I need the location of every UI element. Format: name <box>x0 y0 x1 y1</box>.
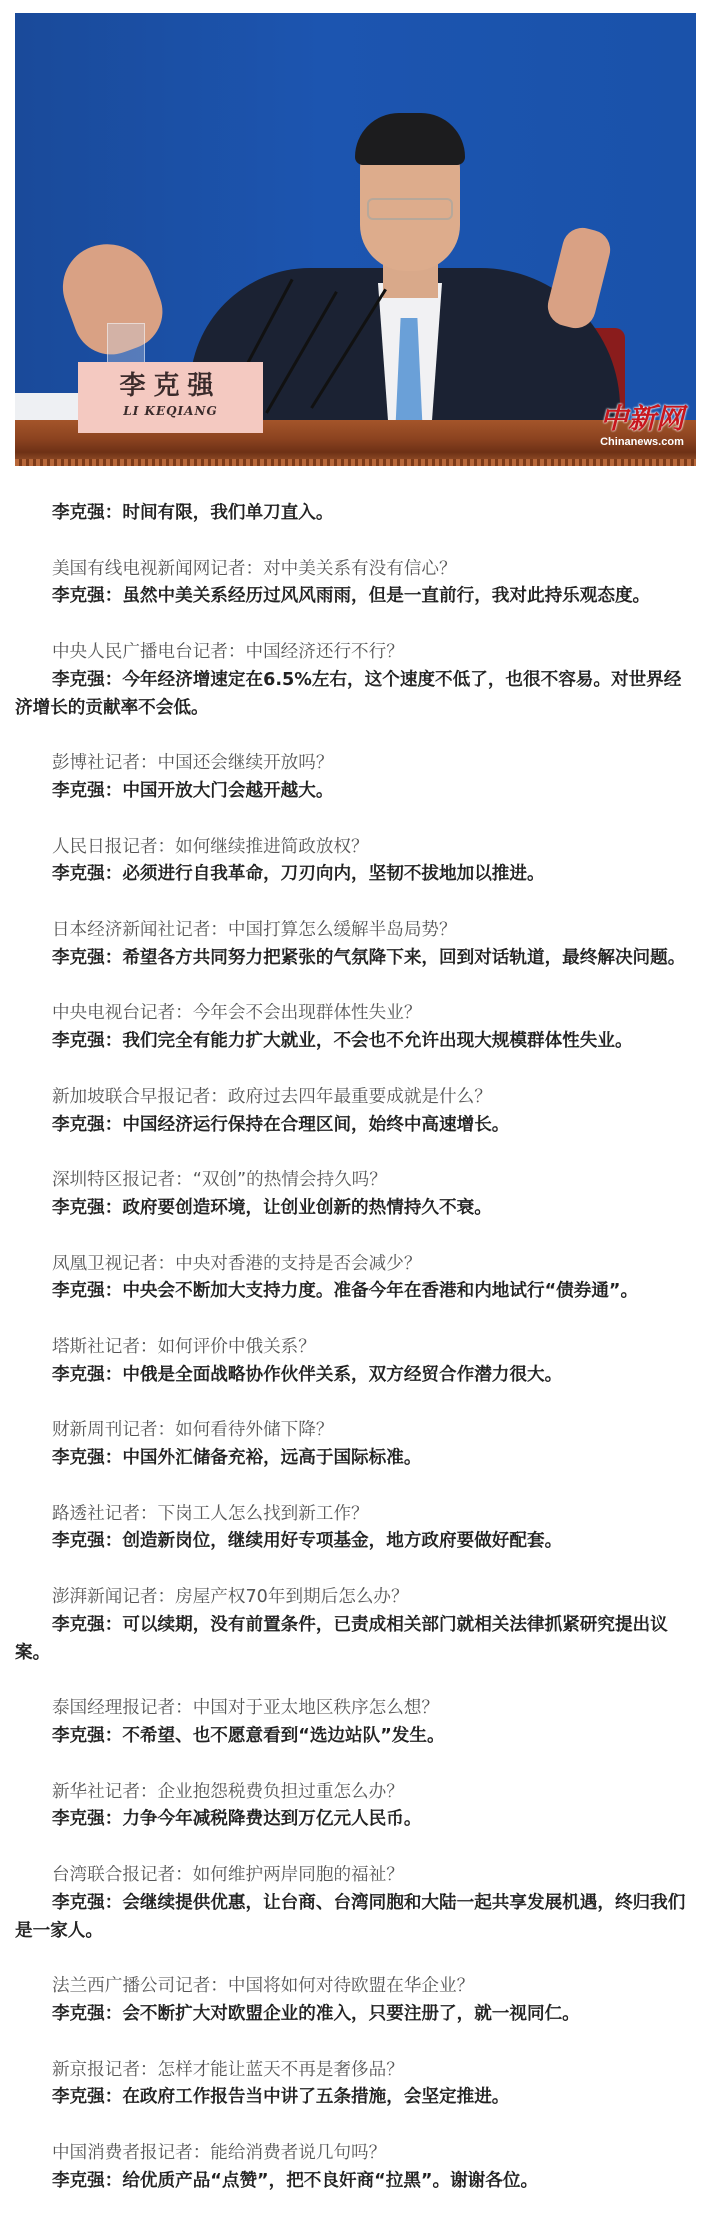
answer: 李克强：在政府工作报告当中讲了五条措施，会坚定推进。 <box>15 2084 696 2112</box>
answer: 李克强：会继续提供优惠，让台商、台湾同胞和大陆一起共享发展机遇，终归我们是一家人… <box>15 1890 696 1946</box>
answer: 李克强：中国经济运行保持在合理区间，始终中高速增长。 <box>15 1112 696 1140</box>
question: 塔斯社记者：如何评价中俄关系？ <box>15 1334 696 1362</box>
question: 中央电视台记者：今年会不会出现群体性失业？ <box>15 1000 696 1028</box>
question: 澎湃新闻记者：房屋产权70年到期后怎么办？ <box>15 1584 696 1612</box>
answer: 李克强：可以续期，没有前置条件，已责成相关部门就相关法律抓紧研究提出议案。 <box>15 1612 696 1668</box>
speaker-glasses <box>367 198 453 220</box>
question: 泰国经理报记者：中国对于亚太地区秩序怎么想？ <box>15 1695 696 1723</box>
answer: 李克强：力争今年减税降费达到万亿元人民币。 <box>15 1806 696 1834</box>
question: 台湾联合报记者：如何维护两岸同胞的福祉？ <box>15 1862 696 1890</box>
answer: 李克强：虽然中美关系经历过风风雨雨，但是一直前行，我对此持乐观态度。 <box>15 583 696 611</box>
nameplate-chinese: 李克强 <box>78 370 263 402</box>
watermark-logo: 中新网 <box>600 403 684 435</box>
answer: 李克强：不希望、也不愿意看到“选边站队”发生。 <box>15 1723 696 1751</box>
question: 中央人民广播电台记者：中国经济还行不行？ <box>15 639 696 667</box>
question: 凤凰卫视记者：中央对香港的支持是否会减少？ <box>15 1251 696 1279</box>
speaker-label: 李克强： <box>52 503 122 523</box>
question: 美国有线电视新闻网记者：对中美关系有没有信心？ <box>15 556 696 584</box>
question: 新华社记者：企业抱怨税费负担过重怎么办？ <box>15 1779 696 1807</box>
answer: 李克强：政府要创造环境，让创业创新的热情持久不衰。 <box>15 1195 696 1223</box>
chinanews-watermark: 中新网 Chinanews.com <box>600 403 684 449</box>
question: 彭博社记者：中国还会继续开放吗？ <box>15 750 696 778</box>
press-conference-photo: 李克强 LI KEQIANG 中新网 Chinanews.com <box>15 13 696 466</box>
answer: 李克强：中俄是全面战略协作伙伴关系，双方经贸合作潜力很大。 <box>15 1362 696 1390</box>
question: 法兰西广播公司记者：中国将如何对待欧盟在华企业？ <box>15 1973 696 2001</box>
nameplate: 李克强 LI KEQIANG <box>78 362 263 433</box>
answer: 李克强：我们完全有能力扩大就业，不会也不允许出现大规模群体性失业。 <box>15 1028 696 1056</box>
answer: 李克强：希望各方共同努力把紧张的气氛降下来，回到对话轨道，最终解决问题。 <box>15 945 696 973</box>
answer: 李克强：中国开放大门会越开越大。 <box>15 778 696 806</box>
answer: 李克强：中央会不断加大支持力度。准备今年在香港和内地试行“债券通”。 <box>15 1278 696 1306</box>
watermark-url: Chinanews.com <box>600 435 684 449</box>
question: 新京报记者：怎样才能让蓝天不再是奢侈品？ <box>15 2057 696 2085</box>
question: 日本经济新闻社记者：中国打算怎么缓解半岛局势？ <box>15 917 696 945</box>
question: 路透社记者：下岗工人怎么找到新工作？ <box>15 1501 696 1529</box>
intro-answer: 李克强：时间有限，我们单刀直入。 <box>15 500 696 528</box>
question: 财新周刊记者：如何看待外储下降？ <box>15 1417 696 1445</box>
article-body: 李克强：时间有限，我们单刀直入。 美国有线电视新闻网记者：对中美关系有没有信心？… <box>15 500 696 2196</box>
answer: 李克强：必须进行自我革命，刀刃向内，坚韧不拔地加以推进。 <box>15 861 696 889</box>
speaker-right-hand <box>544 224 615 333</box>
question: 新加坡联合早报记者：政府过去四年最重要成就是什么？ <box>15 1084 696 1112</box>
speaker-hair <box>355 113 465 165</box>
question: 深圳特区报记者：“双创”的热情会持久吗？ <box>15 1167 696 1195</box>
answer-text: 时间有限，我们单刀直入。 <box>122 503 333 523</box>
question: 人民日报记者：如何继续推进简政放权？ <box>15 834 696 862</box>
question: 中国消费者报记者：能给消费者说几句吗？ <box>15 2140 696 2168</box>
answer: 李克强：今年经济增速定在6.5%左右，这个速度不低了，也很不容易。对世界经济增长… <box>15 667 696 723</box>
answer: 李克强：中国外汇储备充裕，远高于国际标准。 <box>15 1445 696 1473</box>
answer: 李克强：创造新岗位，继续用好专项基金，地方政府要做好配套。 <box>15 1528 696 1556</box>
nameplate-english: LI KEQIANG <box>78 402 263 420</box>
desk-rim <box>15 459 696 466</box>
papers <box>15 393 80 420</box>
answer: 李克强：会不断扩大对欧盟企业的准入，只要注册了，就一视同仁。 <box>15 2001 696 2029</box>
answer: 李克强：给优质产品“点赞”，把不良奸商“拉黑”。谢谢各位。 <box>15 2168 696 2196</box>
